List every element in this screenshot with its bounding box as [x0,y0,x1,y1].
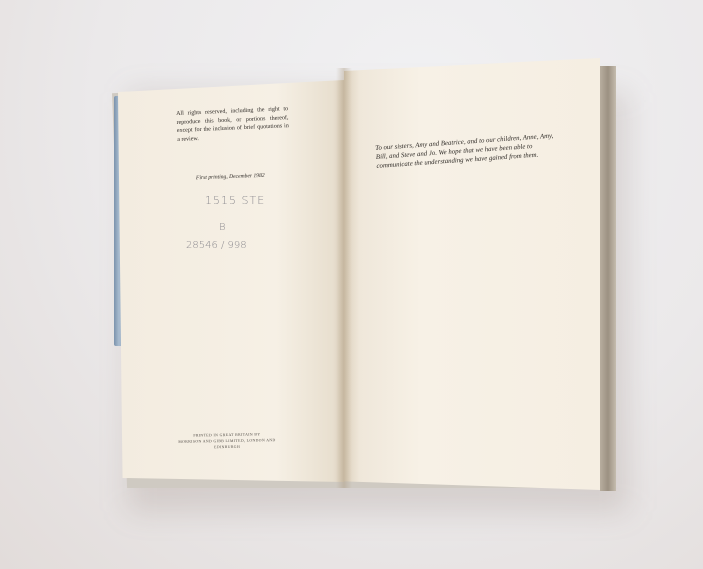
pencil-note: B [219,222,226,233]
rights-notice: All rights reserved, including the right… [176,105,289,144]
right-page [344,58,600,490]
book-photo: All rights reserved, including the right… [0,0,703,569]
pencil-note: 28546 / 998 [186,240,247,251]
imprint-line: Morrison and Gibb Limited, London and Ed… [168,437,286,451]
printer-imprint: Printed in Great Britain by Morrison and… [168,431,286,451]
book-gutter [336,68,352,488]
page-block-edge [600,66,616,491]
pencil-note: 1515 STE [205,194,265,207]
